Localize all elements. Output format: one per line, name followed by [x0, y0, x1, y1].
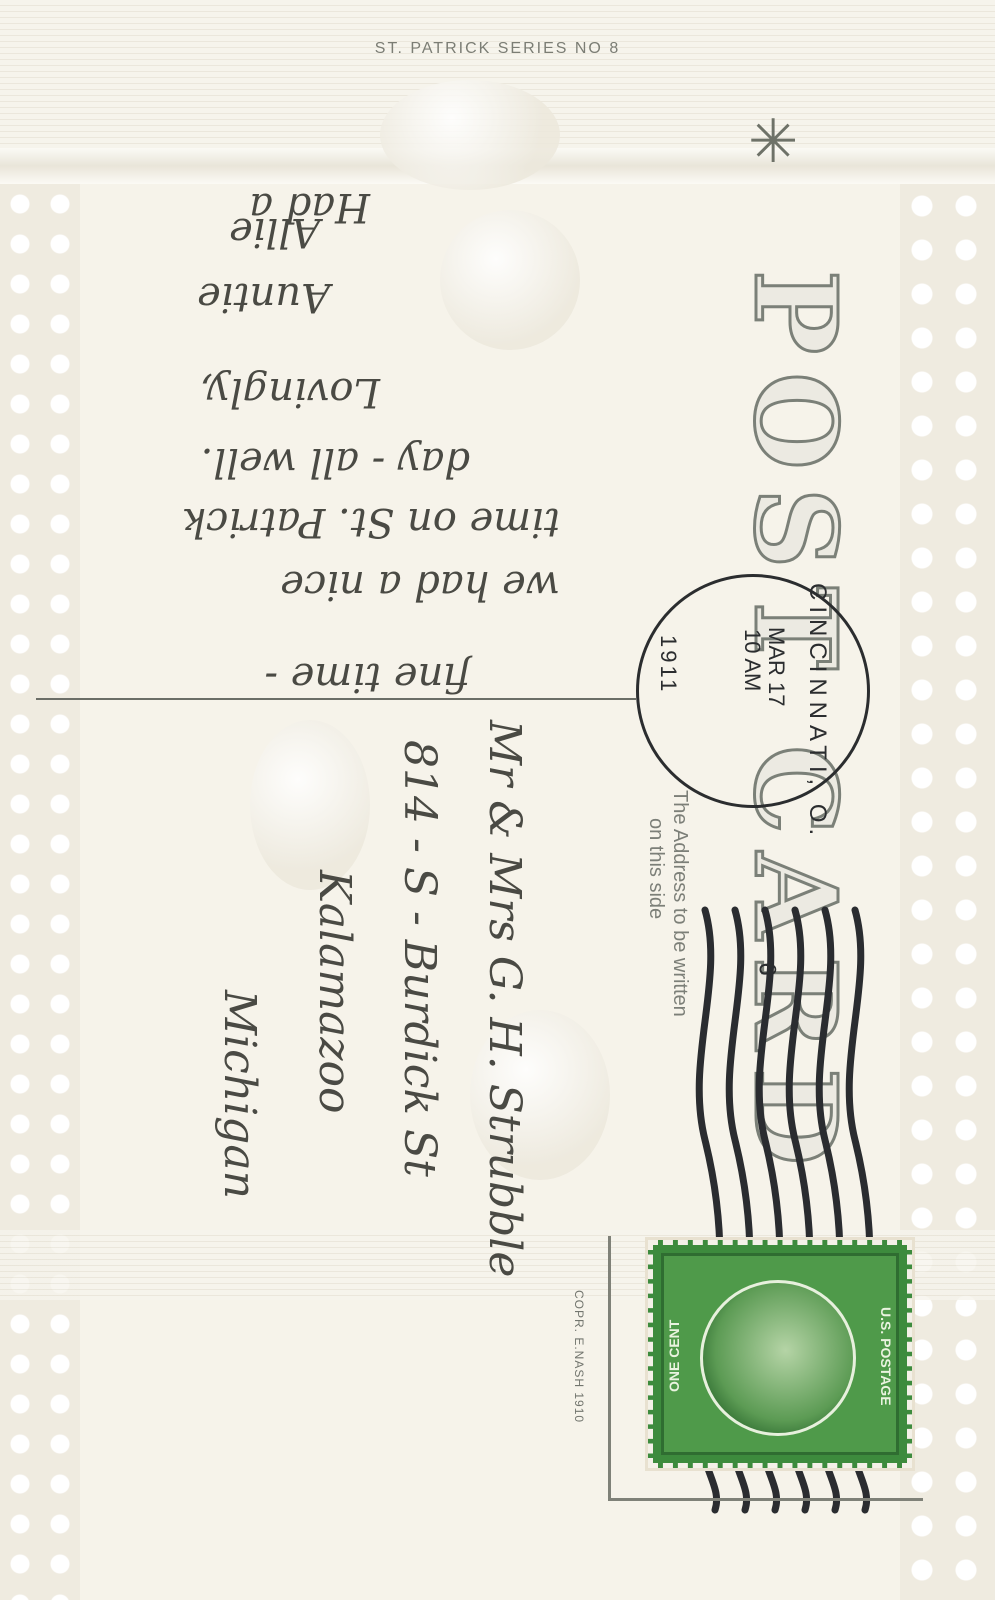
- postage-stamp: ONE CENT U.S. POSTAGE: [648, 1240, 912, 1468]
- stamp-portrait-icon: [700, 1280, 856, 1436]
- postmark-time: 10 AM: [739, 629, 765, 691]
- message-line: fine time -: [264, 654, 470, 700]
- embossed-shamrock-icon: [380, 80, 560, 190]
- postcard-title: POST CARD: [790, 270, 850, 570]
- embossed-shamrock-border-left: [0, 184, 80, 1600]
- stamp-country: U.S. POSTAGE: [870, 1266, 894, 1446]
- address-line: Mr & Mrs G. H. Strubble: [479, 720, 530, 1277]
- postmark: CINCINNATI, O. MAR 17 10 AM 1911: [636, 574, 870, 808]
- copyright-notice: COPR. E.NASH 1910: [572, 1290, 586, 1423]
- message-line: time on St. Patrick: [182, 499, 560, 545]
- message-line: day - all well.: [201, 439, 470, 485]
- postcard-back: ST. PATRICK SERIES NO 8 ✳ POST CARD Had …: [0, 0, 995, 1600]
- message-line: Lovingly,: [200, 369, 380, 415]
- message-line: Auntie: [197, 274, 330, 320]
- address-instruction-line2: on this side: [644, 790, 668, 1017]
- address-line: Kalamazoo: [309, 870, 360, 1114]
- address-instruction-line1: The Address to be written: [668, 790, 692, 1017]
- postmark-city: CINCINNATI, O.: [803, 583, 831, 841]
- embossed-hat-icon: [440, 210, 580, 350]
- stamp-frame: ONE CENT U.S. POSTAGE: [661, 1253, 899, 1455]
- postmark-year: 1911: [655, 635, 681, 694]
- message-line: Allie: [229, 209, 320, 255]
- address-line: Michigan: [214, 990, 265, 1199]
- address-line: 814 - S - Burdick St: [394, 740, 445, 1177]
- address-instruction: The Address to be written on this side: [644, 790, 692, 1017]
- series-label: ST. PATRICK SERIES NO 8: [0, 40, 995, 58]
- asterisk-ornament-icon: ✳: [748, 112, 798, 172]
- embossed-shamrock-icon: [250, 720, 370, 890]
- cancellation-number: 6: [753, 962, 781, 975]
- postmark-date: MAR 17: [763, 627, 789, 706]
- stamp-denomination: ONE CENT: [666, 1266, 690, 1446]
- message-line: we had a nice: [280, 562, 560, 608]
